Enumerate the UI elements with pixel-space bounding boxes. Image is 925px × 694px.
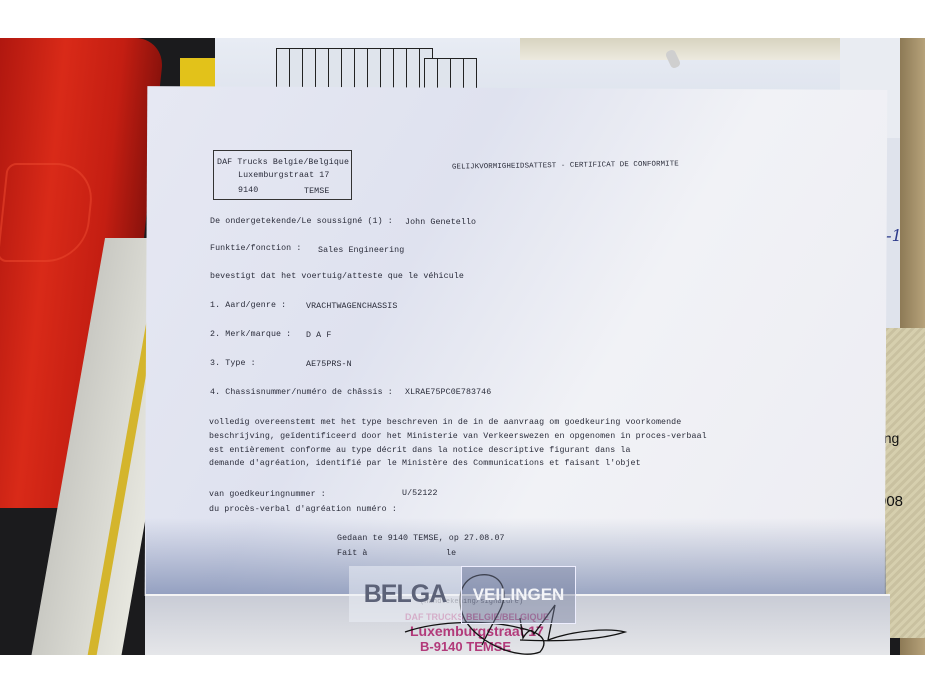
function-label: Funktie/fonction : xyxy=(210,244,301,253)
sender-postcode: 9140 xyxy=(238,186,258,195)
watermark-right: VEILINGEN xyxy=(461,566,576,624)
field-label-2: 2. Merk/marque : xyxy=(210,330,291,339)
signatory-label: De ondergetekende/Le soussigné (1) : xyxy=(210,217,393,226)
watermark-left: BELGA xyxy=(349,566,461,622)
body-line-1: volledig overeenstemt met het type besch… xyxy=(209,418,681,427)
done-at-nl: Gedaan te 9140 TEMSE, op 27.08.07 xyxy=(337,534,505,543)
sender-city: TEMSE xyxy=(304,187,329,196)
function-value: Sales Engineering xyxy=(318,246,404,255)
approval-label-fr: du procès-verbal d'agréation numéro : xyxy=(209,505,397,514)
done-at-fr-date: le xyxy=(446,549,456,558)
field-label-4: 4. Chassisnummer/numéro de châssis : xyxy=(210,388,393,397)
field-value-2: D A F xyxy=(306,331,331,340)
approval-label-nl: van goedkeuringnummer : xyxy=(209,490,326,499)
field-label-3: 3. Type : xyxy=(210,359,256,368)
done-at-fr-place: Fait à xyxy=(337,549,367,558)
sender-line-1: DAF Trucks Belgie/Belgique xyxy=(217,158,349,167)
back-sheet-fold xyxy=(520,38,850,60)
field-value-1: VRACHTWAGENCHASSIS xyxy=(306,302,397,311)
body-line-2: beschrijving, geïdentificeerd door het M… xyxy=(209,432,707,441)
sender-line-2: Luxemburgstraat 17 xyxy=(238,171,329,180)
approval-number: U/52122 xyxy=(402,489,438,498)
body-line-4: demande d'agréation, identifié par le Mi… xyxy=(209,459,641,468)
signatory-value: John Genetello xyxy=(405,218,476,227)
body-line-3: est entièrement conforme au type décrit … xyxy=(209,446,631,455)
field-value-3: AE75PRS-N xyxy=(306,360,352,369)
field-label-1: 1. Aard/genre : xyxy=(210,301,286,310)
confirms-text: bevestigt dat het voertuig/atteste que l… xyxy=(210,272,464,281)
watermark: BELGA VEILINGEN xyxy=(349,566,576,622)
field-value-4: XLRAE75PC0E783746 xyxy=(405,388,491,397)
